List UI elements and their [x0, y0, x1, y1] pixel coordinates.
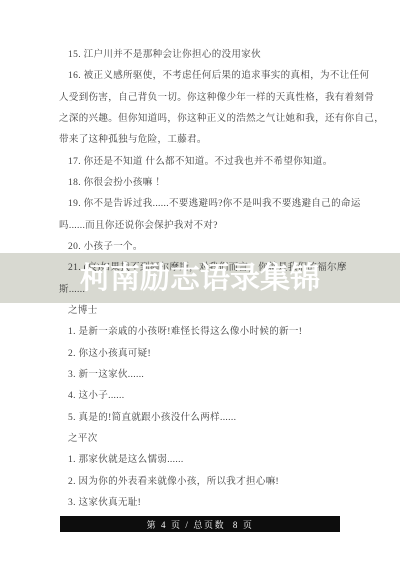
- section-heading: 之博士: [68, 306, 98, 317]
- text-line: 3. 这家伙真无耻!: [68, 498, 141, 509]
- document-page: 15. 江户川并不是那种会让你担心的没用家伙16. 被正义感所驱使，不考虑任何后…: [0, 0, 400, 565]
- text-line: 3. 新一这家伙......: [68, 370, 144, 381]
- text-line: 17. 你还是不知道 什么都不知道。不过我也并不希望你知道。: [68, 157, 333, 168]
- text-line: 18. 你很会扮小孩嘛 ！: [68, 178, 165, 189]
- watermark-text: 柯南励志语录集锦: [0, 262, 400, 296]
- text-line: 4. 这小子......: [68, 391, 124, 402]
- text-line: 2. 你这小孩真可疑!: [68, 349, 151, 360]
- text-line: 20. 小孩子一个。: [68, 242, 143, 253]
- text-line: 带来了这种孤独与危险，工藤君。: [59, 135, 207, 146]
- text-line: 15. 江户川并不是那种会让你担心的没用家伙: [68, 50, 261, 61]
- text-line: 16. 被正义感所驱使，不考虑任何后果的追求事实的真相，为不让任何: [68, 71, 369, 82]
- footer-page-info: 第 4 页 / 总页数 8 页: [147, 518, 254, 531]
- text-line: 人受到伤害，自己背负一切。你这种像少年一样的天真性格，我有着刻骨: [59, 93, 374, 104]
- text-line: 1. 是新一亲戚的小孩呀!难怪长得这么像小时候的新一!: [68, 327, 302, 338]
- text-line: 5. 真是的!简直就跟小孩没什么两样......: [68, 413, 236, 424]
- text-line: 1. 那家伙就是这么懦弱......: [68, 455, 184, 466]
- text-line: 2. 因为你的外表看来就像小孩，所以我才担心嘛!: [68, 477, 279, 488]
- text-line: 之深的兴趣。但你知道吗，你这种正义的浩然之气让她和我，还有你自己，: [59, 114, 384, 125]
- text-line: 吗......而且你还说你会保护我对不对?: [59, 221, 218, 232]
- footer-bar: 第 4 页 / 总页数 8 页: [60, 516, 340, 532]
- text-line: 19. 你不是告诉过我......不要逃避吗?你不是叫我不要逃避自己的命运: [68, 199, 361, 210]
- section-heading: 之平次: [68, 434, 98, 445]
